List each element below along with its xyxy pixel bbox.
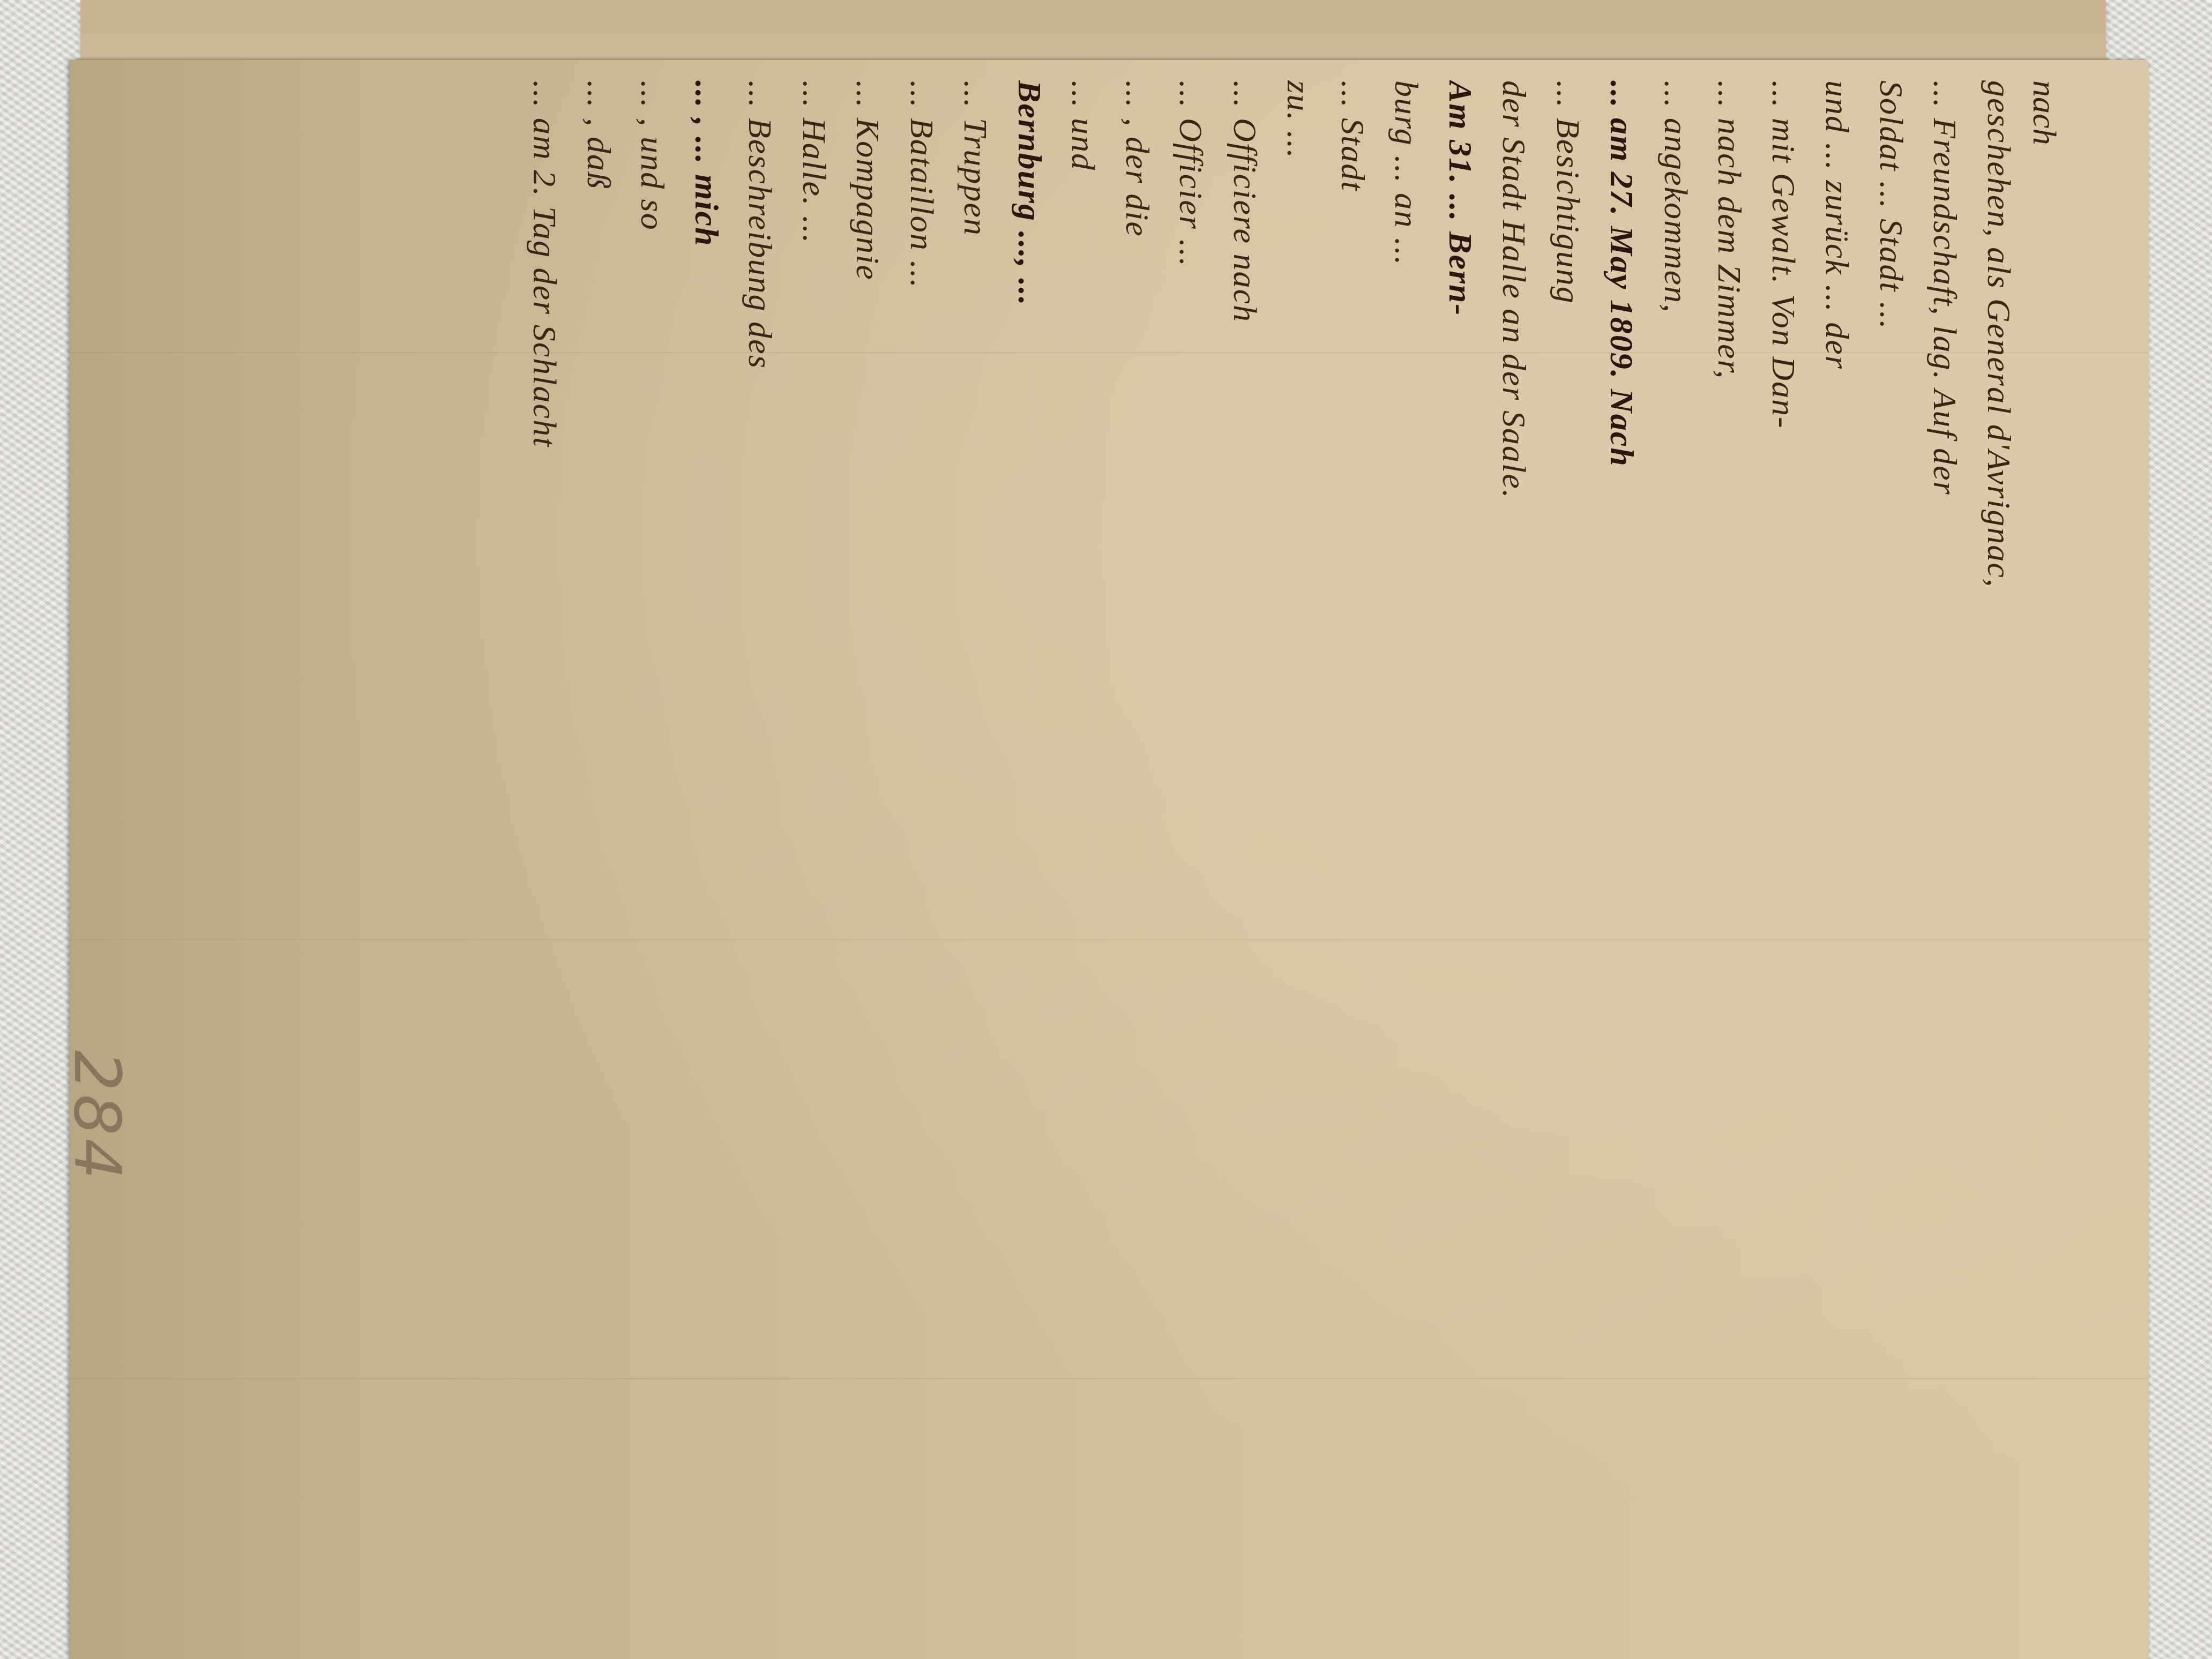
handwritten-text-block: geschehen, als General d'Avrignac, ... F… <box>518 80 2026 938</box>
text-line: Soldat ... Stadt ... <box>1864 80 1918 938</box>
text-line: ... Beschreibung des <box>733 80 787 938</box>
text-line: ... , der die <box>1110 80 1164 938</box>
text-line: ... angekommen, <box>1649 80 1703 938</box>
text-line: ... Halle. ... <box>787 80 841 938</box>
text-line: ... Freundschaft, lag. Auf der <box>1918 80 1972 938</box>
text-line: ... Besichtigung <box>1541 80 1595 938</box>
text-line: ... Stadt <box>1326 80 1380 938</box>
text-line: ... und <box>1056 80 1110 938</box>
catchword: nach <box>2025 80 2063 145</box>
text-line: ... Bataillon ... <box>895 80 949 938</box>
fold-line <box>70 939 2149 940</box>
text-line: ... Truppen <box>948 80 1003 938</box>
text-line: ... Officier ... <box>1164 80 1218 938</box>
text-line: ... , daß <box>572 80 626 938</box>
text-line: Bernburg ..., ... <box>1003 80 1057 938</box>
text-line: Am 31. ... Bern- <box>1433 80 1488 938</box>
text-line: ... Officiere nach <box>1218 80 1272 938</box>
text-line: ... , ... mich <box>679 80 734 938</box>
folio-number: 284 <box>59 1050 134 1183</box>
text-line: geschehen, als General d'Avrignac, <box>1972 80 2026 938</box>
text-line: ... , und so <box>625 80 679 938</box>
text-line: ... am 27. May 1809. Nach <box>1595 80 1649 938</box>
text-line: und ... zurück ... der <box>1810 80 1864 938</box>
text-line: burg ... an ... <box>1379 80 1433 938</box>
text-line: ... Kompagnie <box>841 80 895 938</box>
text-line: der Stadt Halle an der Saale. <box>1487 80 1541 938</box>
text-line: zu. ... <box>1272 80 1326 938</box>
text-line: ... am 2. Tag der Schlacht <box>518 80 572 938</box>
fold-line <box>70 1378 2149 1379</box>
text-line: ... nach dem Zimmer, <box>1702 80 1757 938</box>
text-line: ... mit Gewalt. Von Dan- <box>1757 80 1811 938</box>
